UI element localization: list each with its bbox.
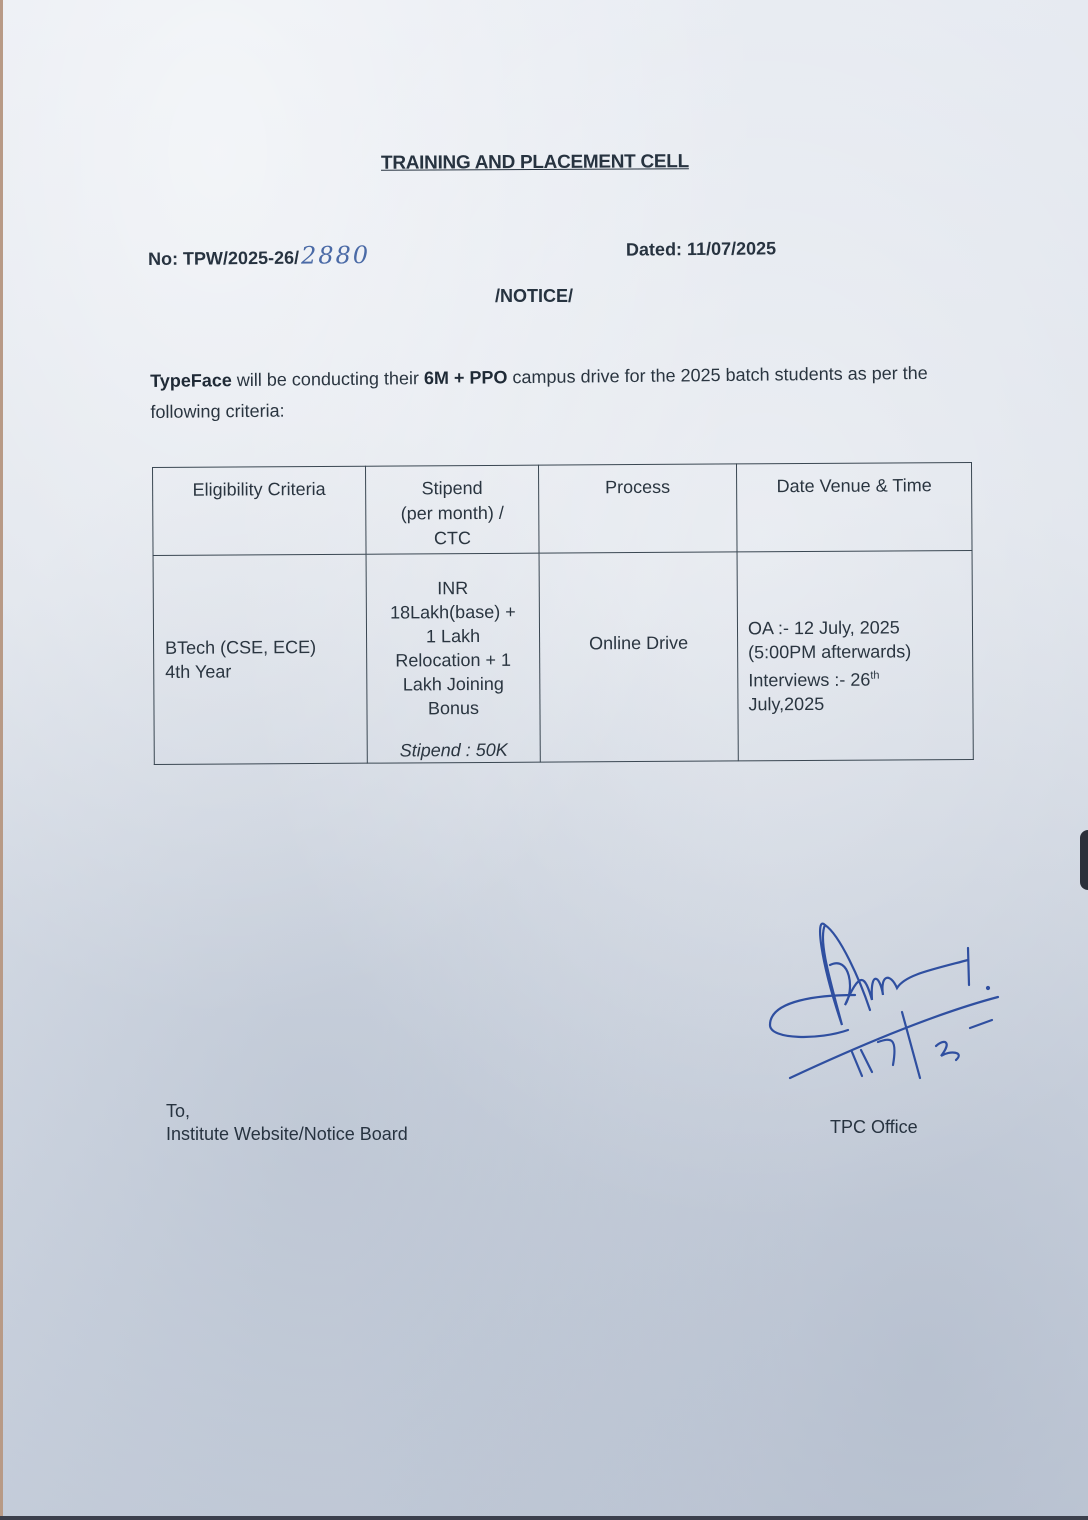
oa-date: OA :- 12 July, 2025 — [748, 615, 971, 640]
eligibility-line: BTech (CSE, ECE) — [165, 635, 365, 660]
paper-shadow-bottom — [0, 1516, 1088, 1520]
ctc-line: Lakh Joining — [368, 672, 538, 697]
interview-date: Interviews :- 26th — [748, 662, 971, 691]
oa-time: (5:00PM afterwards) — [748, 638, 971, 663]
interview-month-year: July,2025 — [748, 690, 971, 715]
cell-ctc: INR 18Lakh(base) + 1 Lakh Relocation + 1… — [366, 553, 540, 763]
header-stipend-line: Stipend — [367, 476, 537, 502]
notice-heading: /NOTICE/ — [495, 286, 573, 307]
cell-schedule: OA :- 12 July, 2025 (5:00PM afterwards) … — [737, 550, 973, 760]
header-date-venue-time: Date Venue & Time — [736, 462, 972, 551]
eligibility-line: 4th Year — [165, 659, 365, 684]
header-stipend-line: CTC — [367, 526, 537, 552]
interview-date-text: Interviews :- 26 — [748, 669, 870, 690]
ordinal-suffix: th — [870, 669, 879, 681]
issue-date: Dated: 11/07/2025 — [626, 238, 776, 260]
ctc-line: Relocation + 1 — [368, 648, 538, 673]
cell-process: Online Drive — [539, 552, 738, 762]
signatory: TPC Office — [830, 1117, 918, 1138]
table-header-row: Eligibility Criteria Stipend (per month)… — [153, 462, 973, 555]
recipient: Institute Website/Notice Board — [166, 1124, 408, 1145]
paper-shadow — [1080, 830, 1088, 890]
program-type: 6M + PPO — [424, 367, 508, 388]
intro-paragraph: TypeFace will be conducting their 6M + P… — [150, 358, 951, 428]
intro-text-1: will be conducting their — [232, 368, 424, 390]
company-name: TypeFace — [150, 370, 232, 391]
header-eligibility: Eligibility Criteria — [153, 466, 367, 555]
criteria-table: Eligibility Criteria Stipend (per month)… — [152, 462, 974, 765]
ctc-line: INR — [368, 576, 538, 601]
recipient-label: To, — [166, 1101, 190, 1122]
reference-handwritten-number: 2880 — [301, 241, 370, 270]
cell-eligibility: BTech (CSE, ECE) 4th Year — [153, 554, 367, 764]
ctc-line: Bonus — [368, 696, 538, 721]
signature-icon — [760, 900, 1000, 1090]
header-process: Process — [538, 464, 737, 553]
ctc-line: 1 Lakh — [368, 624, 538, 649]
stipend-amount: Stipend : 50K — [368, 738, 540, 763]
page-title: TRAINING AND PLACEMENT CELL — [381, 151, 689, 175]
reference-prefix: No: TPW/2025-26/ — [148, 248, 299, 269]
header-stipend-line: (per month) / — [367, 501, 537, 527]
scanned-notice-page: TRAINING AND PLACEMENT CELL No: TPW/2025… — [0, 0, 1088, 1520]
paper-edge — [0, 0, 3, 1520]
ctc-line: 18Lakh(base) + — [368, 600, 538, 625]
header-stipend: Stipend (per month) / CTC — [365, 465, 539, 554]
reference-number: No: TPW/2025-26/2880 — [148, 241, 370, 271]
table-row: BTech (CSE, ECE) 4th Year INR 18Lakh(bas… — [153, 550, 973, 764]
